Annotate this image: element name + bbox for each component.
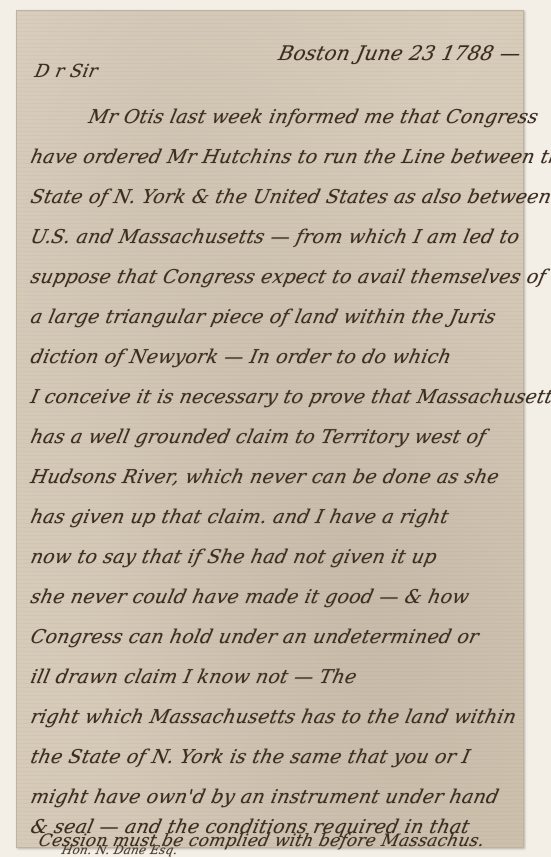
letter-line: have ordered Mr Hutchins to run the Line…: [29, 146, 551, 168]
letter-line: Hudsons River, which never can be done a…: [29, 466, 502, 488]
letter-line: right which Massachusetts has to the lan…: [29, 706, 519, 728]
letter-line: diction of Newyork — In order to do whic…: [29, 346, 454, 368]
letter-line: has given up that claim. and I have a ri…: [29, 506, 451, 528]
letter-line: State of N. York & the United States as …: [29, 186, 551, 208]
letter-line: she never could have made it good — & ho…: [29, 586, 472, 608]
letter-line: U.S. and Massachusetts — from which I am…: [29, 226, 522, 248]
letter-line: I conceive it is necessary to prove that…: [29, 386, 551, 408]
letter-line: the State of N. York is the same that yo…: [29, 746, 473, 768]
letter-line: has a well grounded claim to Territory w…: [29, 426, 488, 448]
dateline: Boston June 23 1788 —: [276, 41, 523, 65]
letter-line: suppose that Congress expect to avail th…: [29, 266, 549, 288]
letter-page: Boston June 23 1788 — D r Sir Mr Otis la…: [16, 10, 524, 848]
letter-line: ill drawn claim I know not — The: [29, 666, 359, 688]
letter-line: Congress can hold under an undetermined …: [29, 626, 481, 648]
letter-line: now to say that if She had not given it …: [29, 546, 439, 568]
letter-line: a large triangular piece of land within …: [29, 306, 498, 328]
letter-line: Mr Otis last week informed me that Congr…: [87, 106, 541, 128]
letter-line: might have own'd by an instrument under …: [29, 786, 501, 808]
addressee: Hon. N. Dane Esq.: [61, 843, 180, 857]
salutation: D r Sir: [33, 61, 100, 82]
